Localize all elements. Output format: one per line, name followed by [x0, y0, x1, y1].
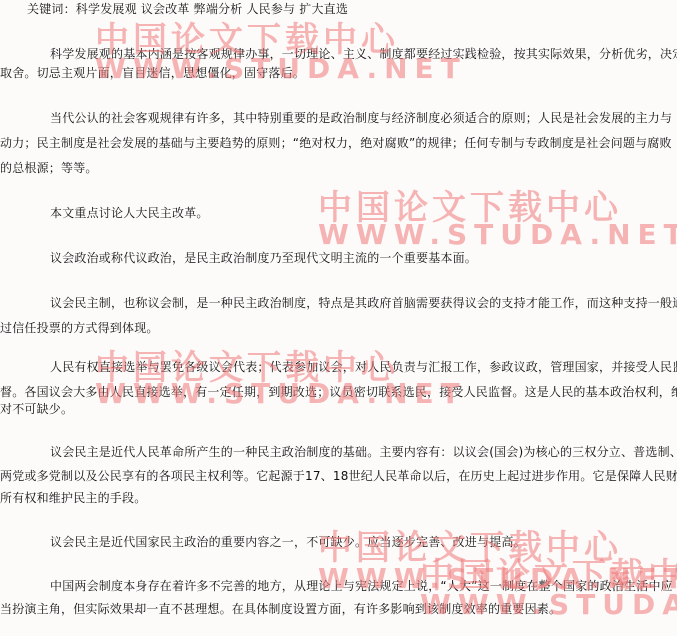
- paragraph-2-line-1: 当代公认的社会客观规律有许多，其中特别重要的是政治制度与经济制度必须适合的原则；…: [0, 111, 677, 125]
- paragraph-2-line-2: 动力；民主制度是社会发展的基础与主要趋势的原则；“绝对权力，绝对腐败”的规律；任…: [0, 136, 677, 150]
- paragraph-7-line-2: 两党或多党制以及公民享有的各项民主权利等。它起源于17、18世纪人民革命以后，在…: [0, 469, 677, 483]
- paragraph-8-line-1: 议会民主是近代国家民主政治的重要内容之一，不可缺少。应当逐步完善、改进与提高。: [0, 535, 677, 549]
- paragraph-5-line-2: 过信任投票的方式得到体现。: [0, 321, 677, 335]
- paragraph-6-line-2: 督。各国议会大多由人民直接选举，有一定任期，到期改选；议员密切联系选民，接受人民…: [0, 385, 677, 399]
- paragraph-2-line-3: 的总根源；等等。: [0, 161, 677, 175]
- paragraph-7-line-1: 议会民主是近代人民革命所产生的一种民主政治制度的基础。主要内容有：以议会(国会)…: [0, 445, 677, 459]
- paragraph-7-line-3: 所有权和维护民主的手段。: [0, 491, 677, 505]
- paragraph-9-line-1: 中国两会制度本身存在着许多不完善的地方，从理论上与宪法规定上说，“人大”这一制度…: [0, 579, 677, 593]
- paragraph-6-line-3: 对不可缺少。: [0, 402, 677, 416]
- paragraph-1-line-1: 科学发展观的基本内涵是按客观规律办事，一切理论、主义、制度都要经过实践检验，按其…: [0, 47, 677, 61]
- paragraph-9-line-2: 当扮演主角，但实际效果却一直不甚理想。在具体制度设置方面，有许多影响到该制度效率…: [0, 602, 677, 616]
- paragraph-3-line-1: 本文重点讨论人大民主改革。: [0, 206, 677, 220]
- paragraph-5-line-1: 议会民主制，也称议会制，是一种民主政治制度，特点是其政府首脑需要获得议会的支持才…: [0, 296, 677, 310]
- watermark-en-2: WWW.STUDA.NET: [318, 218, 677, 251]
- keywords-line: 关键词：科学发展观 议会改革 弊端分析 人民参与 扩大直选: [0, 2, 677, 16]
- paragraph-1-line-2: 取舍。切忌主观片面，盲目迷信，思想僵化，固守落后。: [0, 66, 677, 80]
- watermark-cn-2: 中国论文下载中心: [318, 180, 622, 229]
- paragraph-4-line-1: 议会政治或称代议政治，是民主政治制度乃至现代文明主流的一个重要基本面。: [0, 251, 677, 265]
- paragraph-6-line-1: 人民有权直接选举与罢免各级议会代表；代表参加议会，对人民负责与汇报工作，参政议政…: [0, 360, 677, 374]
